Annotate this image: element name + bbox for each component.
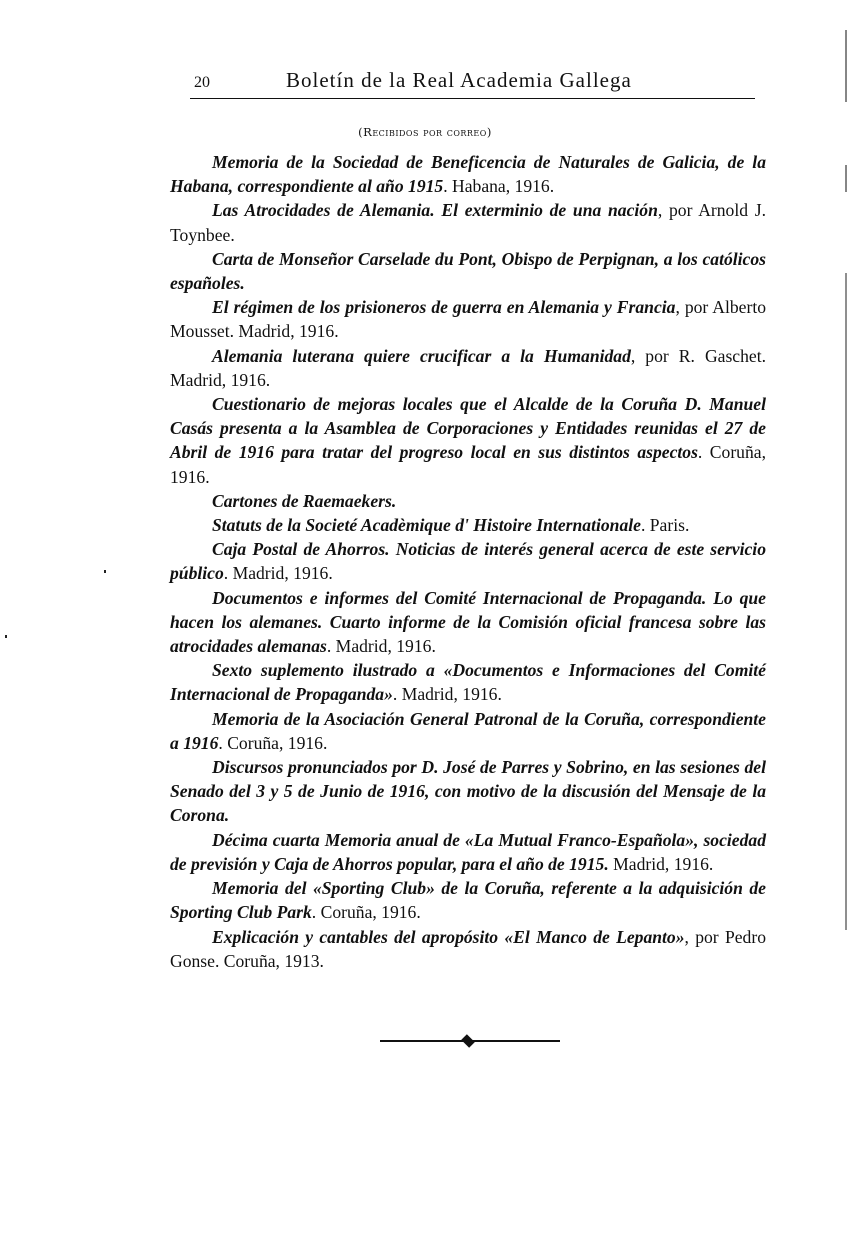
list-item: Sexto suplemento ilustrado a «Documentos… [170,658,766,706]
entry-title: Explicación y cantables del apropósito «… [212,927,685,947]
running-header: 20 Boletín de la Real Academia Gallega [190,66,755,99]
entry-title: Cuestionario de mejoras locales que el A… [170,394,766,462]
entry-details: . Coruña, 1916. [312,902,421,922]
scan-speck [5,635,7,638]
list-item: Carta de Monseñor Carselade du Pont, Obi… [170,247,766,295]
section-label: (Recibidos por correo) [0,125,850,139]
entry-title: Discursos pronunciados por D. José de Pa… [170,757,766,825]
entry-details: Madrid, 1916. [609,854,714,874]
list-item: Memoria de la Sociedad de Beneficencia d… [170,150,766,198]
list-item: Cuestionario de mejoras locales que el A… [170,392,766,489]
entry-details: . Madrid, 1916. [327,636,436,656]
scan-speck [104,570,106,573]
list-item: El régimen de los prisioneros de guerra … [170,295,766,343]
entry-list: Memoria de la Sociedad de Beneficencia d… [170,150,766,973]
ornament-diamond-icon [461,1034,475,1048]
list-item: Documentos e informes del Comité Interna… [170,586,766,659]
entry-title: El régimen de los prisioneros de guerra … [212,297,675,317]
running-title: Boletín de la Real Academia Gallega [286,68,632,93]
list-item: Décima cuarta Memoria anual de «La Mutua… [170,828,766,876]
entry-details: . Paris. [641,515,689,535]
list-item: Discursos pronunciados por D. José de Pa… [170,755,766,828]
entry-title: Statuts de la Societé Acadèmique d' Hist… [212,515,641,535]
entry-title: Alemania luterana quiere crucificar a la… [212,346,631,366]
list-item: Explicación y cantables del apropósito «… [170,925,766,973]
scanned-page: 20 Boletín de la Real Academia Gallega (… [0,0,850,1233]
list-item: Memoria del «Sporting Club» de la Coruña… [170,876,766,924]
end-ornament-rule [380,1036,560,1046]
page-edge-shadow [845,30,847,930]
entry-title: Documentos e informes del Comité Interna… [170,588,766,656]
list-item: Statuts de la Societé Acadèmique d' Hist… [170,513,766,537]
entry-details: . Madrid, 1916. [393,684,502,704]
entry-title: Carta de Monseñor Carselade du Pont, Obi… [170,249,766,293]
entry-title: Cartones de Raemaekers. [212,491,396,511]
entry-details: . Habana, 1916. [443,176,554,196]
entry-title: Memoria del «Sporting Club» de la Coruña… [170,878,766,922]
page-number: 20 [194,74,210,92]
list-item: Cartones de Raemaekers. [170,489,766,513]
entry-details: . Madrid, 1916. [224,563,333,583]
entry-title: Las Atrocidades de Alemania. El extermin… [212,200,658,220]
list-item: Caja Postal de Ahorros. Noticias de inte… [170,537,766,585]
entry-details: . Coruña, 1916. [218,733,327,753]
list-item: Memoria de la Asociación General Patrona… [170,707,766,755]
list-item: Las Atrocidades de Alemania. El extermin… [170,198,766,246]
list-item: Alemania luterana quiere crucificar a la… [170,344,766,392]
